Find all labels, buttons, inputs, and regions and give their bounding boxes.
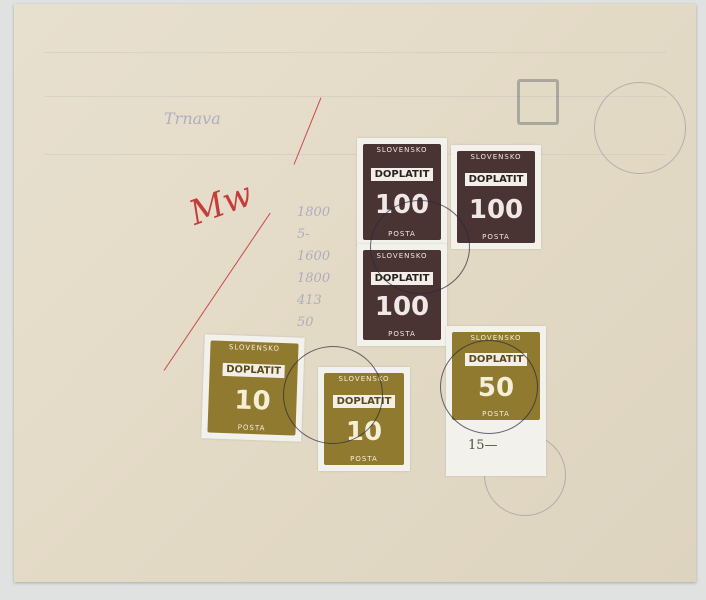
ruled-line: [44, 52, 666, 53]
handwritten-top-word: Trnava: [164, 109, 221, 128]
postmark-cancel: [283, 346, 383, 444]
red-signature: Mw: [184, 174, 258, 233]
postmark-cancel: [370, 200, 470, 294]
ruled-line: [44, 96, 666, 97]
postmark-faint: [594, 82, 686, 174]
ruled-line: [44, 154, 666, 155]
handwritten-middle-column: 1800 5- 1600 1800 413 50: [297, 202, 330, 334]
document-sheet: Trnava 1800 5- 1600 1800 413 50 Mw: [14, 4, 696, 582]
box-handstamp: [517, 79, 559, 125]
postmark-cancel: [440, 340, 538, 434]
sheet-margin-value: 15—: [468, 438, 498, 453]
